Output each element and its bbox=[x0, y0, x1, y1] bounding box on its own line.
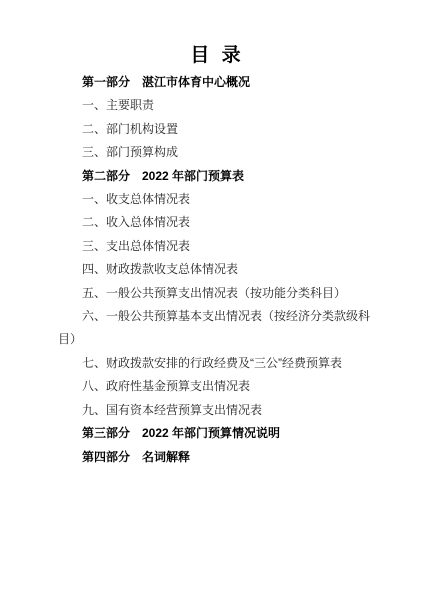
toc-item: 九、国有资本经营预算支出情况表 bbox=[58, 399, 378, 422]
toc-item: 一、主要职责 bbox=[58, 94, 378, 117]
toc-item: 三、部门预算构成 bbox=[58, 141, 378, 164]
toc-item: 七、财政拨款安排的行政经费及“三公”经费预算表 bbox=[58, 352, 378, 375]
document-title-text: 目 录 bbox=[190, 45, 240, 66]
toc-item: 二、收入总体情况表 bbox=[58, 211, 378, 234]
toc-section-heading: 第三部分 2022 年部门预算情况说明 bbox=[58, 422, 378, 445]
toc-item: 一、收支总体情况表 bbox=[58, 188, 378, 211]
document-page: 目 录 第一部分 湛江市体育中心概况一、主要职责二、部门机构设置三、部门预算构成… bbox=[0, 0, 431, 610]
toc-section-heading: 第二部分 2022 年部门预算表 bbox=[58, 165, 378, 188]
toc-item: 八、政府性基金预算支出情况表 bbox=[58, 375, 378, 398]
toc-section-heading: 第四部分 名词解释 bbox=[58, 446, 378, 469]
toc-item: 四、财政拨款收支总体情况表 bbox=[58, 258, 378, 281]
toc-section-heading: 第一部分 湛江市体育中心概况 bbox=[58, 71, 378, 94]
toc-item: 五、一般公共预算支出情况表（按功能分类科目） bbox=[58, 282, 378, 305]
table-of-contents: 第一部分 湛江市体育中心概况一、主要职责二、部门机构设置三、部门预算构成第二部分… bbox=[58, 71, 378, 469]
toc-item: 二、部门机构设置 bbox=[58, 118, 378, 141]
toc-item: 六、一般公共预算基本支出情况表（按经济分类款级科目） bbox=[58, 305, 378, 352]
document-title: 目 录 bbox=[0, 44, 431, 68]
toc-item: 三、支出总体情况表 bbox=[58, 235, 378, 258]
